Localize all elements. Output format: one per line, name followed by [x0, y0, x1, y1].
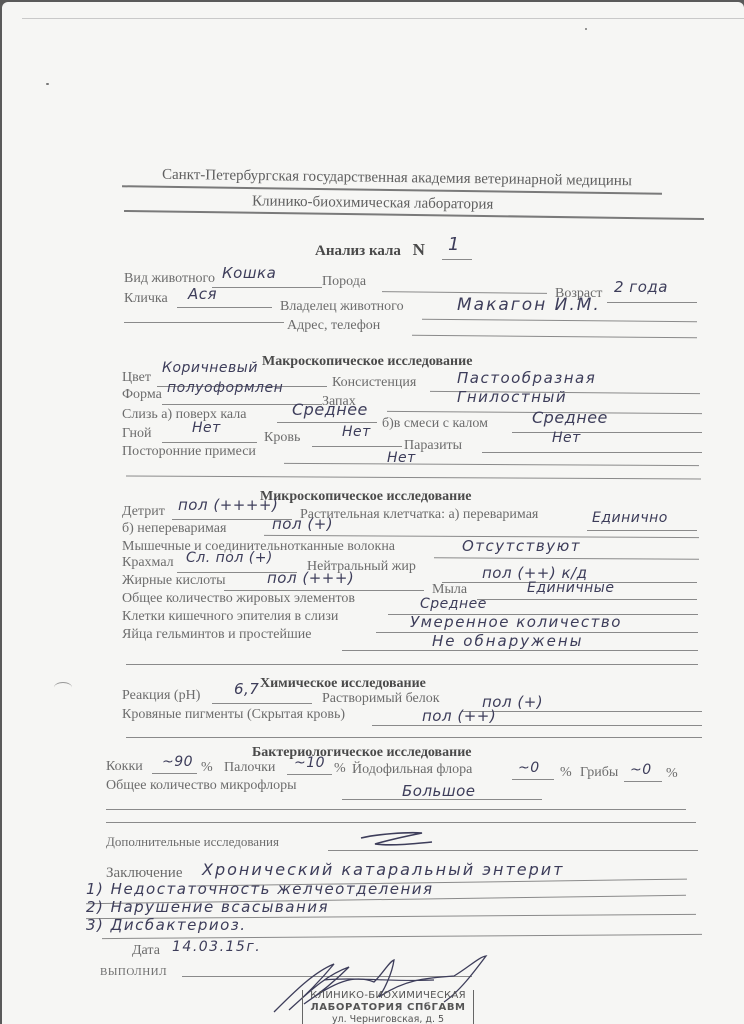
detritus-value: пол (++++)	[178, 496, 278, 514]
date-value: 14.03.15г.	[172, 939, 261, 955]
conclusion-label: Заключение	[106, 865, 183, 881]
field-line	[212, 287, 322, 288]
epithelium-value: Умеренное количество	[410, 613, 622, 631]
field-line	[126, 475, 701, 479]
chemical-title: Химическое исследование	[260, 676, 426, 692]
ph-value: 6,7	[234, 680, 259, 698]
conclusion-main: Хронический катаральный энтерит	[202, 860, 564, 879]
mucus-surface-value: Среднее	[292, 400, 368, 419]
performed-label: выполнил	[100, 964, 167, 980]
form-label: Форма	[122, 387, 162, 403]
macroscopic-title: Макроскопическое исследование	[262, 354, 472, 370]
field-line	[126, 737, 702, 738]
consistency-label: Консистенция	[332, 375, 416, 391]
pigments-label: Кровяные пигменты (Скрытая кровь)	[122, 707, 345, 723]
field-line	[277, 422, 377, 423]
iodophilic-label: Йодофильная флора	[352, 762, 472, 778]
breed-label: Порода	[322, 274, 366, 290]
detritus-label: Детрит	[122, 504, 165, 520]
form-title: Анализ кала N	[315, 242, 425, 259]
field-line	[124, 322, 284, 323]
field-line	[342, 799, 542, 800]
field-line	[422, 319, 697, 322]
field-line	[587, 530, 697, 531]
muscle-value: Отсутствуют	[462, 537, 581, 555]
impurities-label: Посторонние примеси	[122, 444, 256, 460]
scan-speck	[46, 83, 49, 85]
rods-value: ~10	[294, 755, 325, 771]
blood-label: Кровь	[264, 430, 300, 446]
ph-label: Реакция (pH)	[122, 688, 200, 704]
pet-name-value: Ася	[188, 285, 217, 303]
cocci-percent: %	[201, 760, 213, 776]
parasites-value: Нет	[552, 430, 581, 446]
field-line	[177, 307, 272, 308]
field-line	[607, 302, 697, 303]
total-flora-label: Общее количество микрофлоры	[106, 778, 297, 794]
field-line	[106, 822, 696, 823]
address-label: Адрес, телефон	[287, 318, 380, 334]
epithelium-label: Клетки кишечного эпителия в слизи	[122, 609, 338, 625]
starch-value: Сл. пол (+)	[186, 550, 273, 566]
starch-label: Крахмал	[122, 555, 174, 571]
field-line	[512, 779, 554, 780]
number-label: N	[413, 240, 425, 259]
pet-name-label: Кличка	[124, 291, 168, 307]
helminths-value: Не обнаружены	[432, 632, 584, 650]
conclusion-item-1: 1) Недостаточность желчеотделения	[86, 880, 434, 898]
fungi-percent: %	[666, 766, 678, 782]
odor-value: Гнилостный	[457, 388, 567, 406]
scanned-form-page: Санкт-Петербургская государственная акад…	[2, 2, 744, 1024]
field-line	[372, 725, 702, 726]
field-line	[434, 557, 699, 559]
blood-value: Нет	[342, 424, 371, 440]
field-line	[477, 599, 697, 600]
fungi-label: Грибы	[580, 765, 618, 781]
field-line	[126, 664, 698, 665]
fiber-digestible-value: Единично	[592, 510, 668, 526]
cocci-label: Кокки	[106, 759, 143, 775]
mucus-surface-label: Слизь а) поверх кала	[122, 407, 246, 423]
field-line	[328, 850, 698, 851]
soaps-value: Единичные	[527, 580, 614, 596]
strikethrough-scribble	[357, 828, 437, 850]
scan-speck	[585, 28, 587, 30]
field-line	[106, 809, 686, 810]
iodophilic-percent: %	[560, 765, 572, 781]
field-line	[162, 442, 257, 443]
rods-percent: %	[334, 761, 346, 777]
microscopic-title: Микроскопическое исследование	[260, 489, 471, 505]
lab-stamp: КЛИНИКО-БИОХИМИЧЕСКАЯ ЛАБОРАТОРИЯ СПбГАВ…	[302, 990, 474, 1024]
total-fat-label: Общее количество жировых элементов	[122, 591, 355, 607]
field-line	[312, 446, 402, 447]
pigments-value: пол (++)	[422, 707, 496, 725]
form-title-text: Анализ кала	[315, 243, 401, 259]
punch-hole-mark	[54, 682, 72, 693]
field-line	[382, 291, 547, 294]
field-line	[462, 711, 702, 712]
owner-label: Владелец животного	[280, 299, 404, 315]
color-value: Коричневый	[162, 360, 258, 376]
age-value: 2 года	[614, 278, 668, 296]
field-line	[287, 774, 332, 775]
stamp-line-1: КЛИНИКО-БИОХИМИЧЕСКАЯ	[303, 990, 473, 1002]
fiber-indigestible-label: б) непереваримая	[122, 521, 226, 537]
owner-value: Макагон И.М.	[457, 295, 601, 315]
fatty-acids-label: Жирные кислоты	[122, 573, 225, 589]
form-number: 1	[448, 234, 460, 255]
species-value: Кошка	[222, 264, 276, 282]
field-line	[412, 335, 697, 338]
field-line	[212, 703, 312, 704]
fiber-indigestible-value: пол (+)	[272, 515, 333, 533]
bacteriological-title: Бактериологическое исследование	[252, 745, 471, 761]
consistency-value: Пастообразная	[457, 369, 596, 387]
additional-label: Дополнительные исследования	[106, 834, 279, 850]
rods-label: Палочки	[224, 760, 275, 776]
field-line	[284, 463, 699, 466]
field-line	[152, 773, 197, 774]
field-line	[512, 432, 702, 433]
total-fat-value: Среднее	[420, 596, 487, 612]
form-value: полуоформлен	[167, 380, 283, 396]
helminths-label: Яйца гельминтов и простейшие	[122, 627, 311, 643]
stamp-line-3: ул. Черниговская, д. 5	[303, 1014, 473, 1024]
field-line	[342, 650, 698, 651]
pus-label: Гной	[122, 426, 152, 442]
total-flora-value: Большое	[402, 782, 476, 800]
fiber-label: Растительная клетчатка: а) переваримая	[300, 507, 538, 523]
laboratory-name: Клинико-биохимическая лаборатория	[252, 193, 494, 212]
number-underline	[442, 259, 472, 260]
fungi-value: ~0	[630, 762, 652, 778]
conclusion-item-2: 2) Нарушение всасывания	[86, 898, 329, 916]
stamp-line-2: ЛАБОРАТОРИЯ СПбГАВМ	[303, 1002, 473, 1014]
field-line	[482, 452, 702, 453]
date-label: Дата	[132, 943, 160, 959]
protein-label: Растворимый белок	[322, 691, 440, 707]
color-label: Цвет	[122, 370, 151, 386]
page-edge-line	[22, 18, 744, 19]
fatty-acids-value: пол (+++)	[267, 569, 354, 587]
conclusion-item-3: 3) Дисбактериоз.	[86, 916, 247, 934]
pus-value: Нет	[192, 420, 221, 436]
cocci-value: ~90	[162, 754, 193, 770]
mucus-mixed-value: Среднее	[532, 408, 608, 427]
mucus-mixed-label: б)в смеси с калом	[382, 416, 488, 432]
iodophilic-value: ~0	[518, 760, 540, 776]
field-line	[624, 781, 662, 782]
